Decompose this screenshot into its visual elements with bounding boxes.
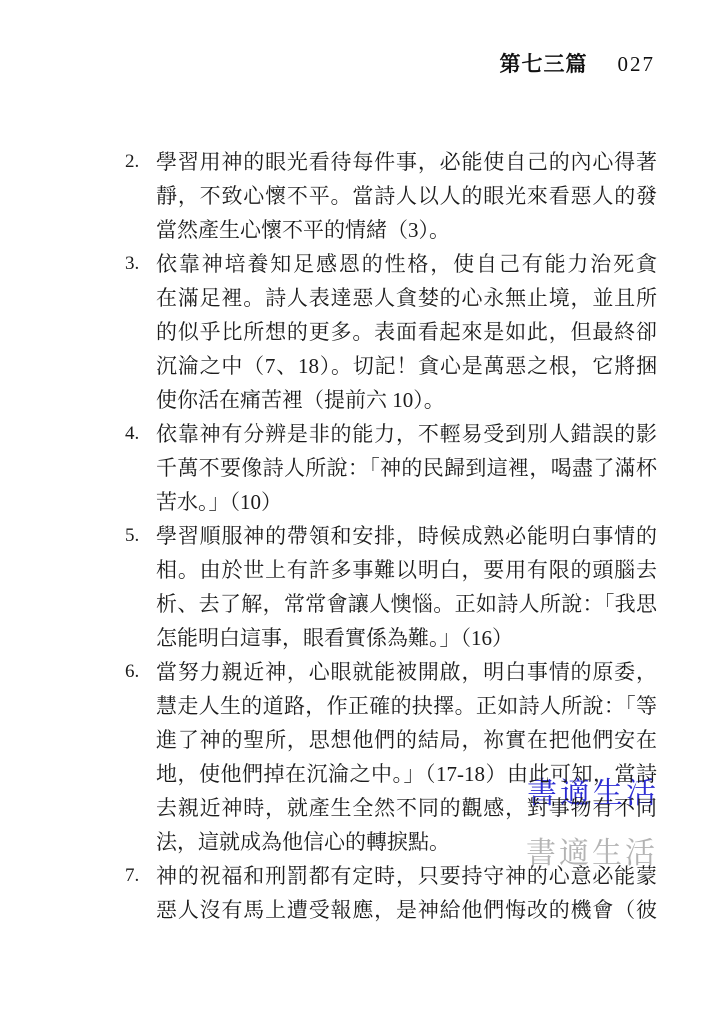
text-segment-hei: 學習順服神的帶領和安排，時候成熟必能明白事情的真 <box>156 525 657 553</box>
text-line: 去親近神時，就產生全然不同的觀感，對事物有不同的看 <box>156 791 657 825</box>
text-segment-kai: 使你活在痛苦裡（提前六 10）。 <box>156 388 445 412</box>
text-line: 相。由於世上有許多事難以明白，要用有限的頭腦去分 <box>156 553 657 587</box>
content-list: 2.學習用神的眼光看待每件事，必能使自己的內心得著平靜，不致心懷不平。當詩人以人… <box>125 145 657 927</box>
item-lines: 依靠神有分辨是非的能力，不輕易受到別人錯誤的影響。千萬不要像詩人所說：「神的民歸… <box>156 417 657 519</box>
page-header: 第七三篇 027 <box>500 48 656 78</box>
text-line: 千萬不要像詩人所說：「神的民歸到這裡，喝盡了滿杯的 <box>156 451 657 485</box>
item-lines: 學習順服神的帶領和安排，時候成熟必能明白事情的真相。由於世上有許多事難以明白，要… <box>156 519 657 655</box>
text-segment-kai: 地，使他們掉在沉淪之中。」（17-18）由此可知，當詩人 <box>156 762 657 791</box>
item-number: 7. <box>125 859 156 927</box>
book-page: 第七三篇 027 書適生活 書適生活 2.學習用神的眼光看待每件事，必能使自己的… <box>0 0 726 1030</box>
text-segment-kai: 去親近神時，就產生全然不同的觀感，對事物有不同的看 <box>156 796 657 825</box>
text-line: 惡人沒有馬上遭受報應，是神給他們悔改的機會（彼後三 <box>156 893 657 927</box>
page-number: 027 <box>618 52 656 77</box>
item-lines: 依靠神培養知足感恩的性格，使自己有能力治死貪婪，活在滿足裡。詩人表達惡人貪婪的心… <box>156 247 657 417</box>
text-line: 慧走人生的道路，作正確的抉擇。正如詩人所說：「等我 <box>156 689 657 723</box>
text-line: 地，使他們掉在沉淪之中。」（17-18）由此可知，當詩人 <box>156 757 657 791</box>
item-number: 3. <box>125 247 156 417</box>
text-segment-hei: 依靠神培養知足感恩的性格，使自己有能力治死貪婪，活 <box>156 253 657 281</box>
text-segment-kai: 千萬不要像詩人所說：「神的民歸到這裡，喝盡了滿杯的 <box>156 456 657 485</box>
text-line: 進了神的聖所，思想他們的結局，祢實在把他們安在滑 <box>156 723 657 757</box>
text-line: 析、去了解，常常會讓人懊惱。正如詩人所說：「我思索 <box>156 587 657 621</box>
text-line: 學習用神的眼光看待每件事，必能使自己的內心得著平 <box>156 145 657 179</box>
text-segment-kai: 當然產生心懷不平的情緒（3）。 <box>156 218 450 242</box>
text-segment-kai: 沉淪之中（7、18）。切記！貪心是萬惡之根，它將捆綁你， <box>156 354 657 383</box>
text-line: 苦水。」（10） <box>156 485 657 519</box>
text-segment-hei: 神的祝福和刑罰都有定時，只要持守神的心意必能蒙福。 <box>156 865 657 893</box>
text-segment-kai: 苦水。」（10） <box>156 490 282 514</box>
text-segment-hei: 在滿足裡。 <box>156 287 265 310</box>
text-segment-hei: 學習用神的眼光看待每件事，必能使自己的內心得著平 <box>156 151 657 179</box>
text-line: 怎能明白這事，眼看實係為難。」（16） <box>156 621 657 655</box>
text-line: 依靠神有分辨是非的能力，不輕易受到別人錯誤的影響。 <box>156 417 657 451</box>
item-number: 5. <box>125 519 156 655</box>
text-segment-hei: 慧走人生的道路，作正確的抉擇。 <box>156 695 476 718</box>
text-segment-hei: 依靠神有分辨是非的能力，不輕易受到別人錯誤的影響。 <box>156 423 657 451</box>
text-segment-kai: 法，這就成為他信心的轉捩點。 <box>156 830 450 854</box>
text-segment-hei: 相。 <box>156 559 200 582</box>
text-line: 使你活在痛苦裡（提前六 10）。 <box>156 383 657 417</box>
item-number: 6. <box>125 655 156 859</box>
text-segment-kai: 怎能明白這事，眼看實係為難。」（16） <box>156 626 513 650</box>
text-segment-kai: 由於世上有許多事難以明白，要用有限的頭腦去分 <box>156 558 657 587</box>
item-lines: 當努力親近神，心眼就能被開啟，明白事情的原委，有智慧走人生的道路，作正確的抉擇。… <box>156 655 657 859</box>
text-line: 當努力親近神，心眼就能被開啟，明白事情的原委，有智 <box>156 655 657 689</box>
list-item: 2.學習用神的眼光看待每件事，必能使自己的內心得著平靜，不致心懷不平。當詩人以人… <box>125 145 657 247</box>
text-line: 依靠神培養知足感恩的性格，使自己有能力治死貪婪，活 <box>156 247 657 281</box>
list-item: 4.依靠神有分辨是非的能力，不輕易受到別人錯誤的影響。千萬不要像詩人所說：「神的… <box>125 417 657 519</box>
text-line: 神的祝福和刑罰都有定時，只要持守神的心意必能蒙福。 <box>156 859 657 893</box>
text-line: 當然產生心懷不平的情緒（3）。 <box>156 213 657 247</box>
text-line: 靜，不致心懷不平。當詩人以人的眼光來看惡人的發旺， <box>156 179 657 213</box>
text-line: 沉淪之中（7、18）。切記！貪心是萬惡之根，它將捆綁你， <box>156 349 657 383</box>
text-segment-hei: 靜，不致心懷不平。 <box>156 185 352 208</box>
list-item: 5.學習順服神的帶領和安排，時候成熟必能明白事情的真相。由於世上有許多事難以明白… <box>125 519 657 655</box>
item-lines: 神的祝福和刑罰都有定時，只要持守神的心意必能蒙福。惡人沒有馬上遭受報應，是神給他… <box>156 859 657 927</box>
text-line: 學習順服神的帶領和安排，時候成熟必能明白事情的真 <box>156 519 657 553</box>
item-lines: 學習用神的眼光看待每件事，必能使自己的內心得著平靜，不致心懷不平。當詩人以人的眼… <box>156 145 657 247</box>
item-number: 4. <box>125 417 156 519</box>
text-line: 在滿足裡。詩人表達惡人貪婪的心永無止境，並且所得到 <box>156 281 657 315</box>
text-segment-kai: 的似乎比所想的更多。表面看起來是如此，但最終卻掉進 <box>156 320 657 349</box>
item-number: 2. <box>125 145 156 247</box>
list-item: 6.當努力親近神，心眼就能被開啟，明白事情的原委，有智慧走人生的道路，作正確的抉… <box>125 655 657 859</box>
list-item: 7.神的祝福和刑罰都有定時，只要持守神的心意必能蒙福。惡人沒有馬上遭受報應，是神… <box>125 859 657 927</box>
text-line: 法，這就成為他信心的轉捩點。 <box>156 825 657 859</box>
text-segment-kai: 進了神的聖所，思想他們的結局，祢實在把他們安在滑 <box>156 728 657 757</box>
list-item: 3.依靠神培養知足感恩的性格，使自己有能力治死貪婪，活在滿足裡。詩人表達惡人貪婪… <box>125 247 657 417</box>
text-segment-kai: 惡人沒有馬上遭受報應，是神給他們悔改的機會（彼後三 <box>156 898 657 927</box>
text-line: 的似乎比所想的更多。表面看起來是如此，但最終卻掉進 <box>156 315 657 349</box>
text-segment-hei: 當努力親近神，心眼就能被開啟，明白事情的原委，有智 <box>156 661 657 689</box>
section-title: 第七三篇 <box>500 48 588 78</box>
text-segment-kai: 析、去了解，常常會讓人懊惱。正如詩人所說：「我思索 <box>156 592 657 621</box>
